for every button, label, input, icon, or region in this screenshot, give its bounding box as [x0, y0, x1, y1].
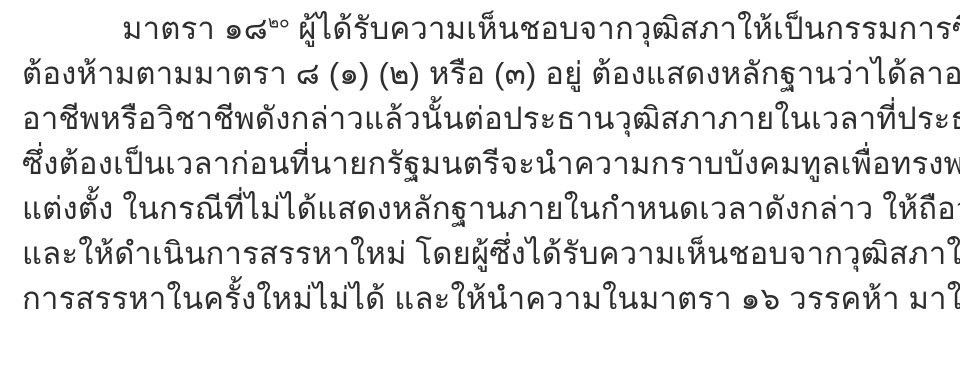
section-heading-text: มาตรา ๑๘ [122, 11, 268, 46]
first-line-body-text: ผู้ได้รับความเห็นชอบจากวุฒิสภาให้เป็นกรร… [289, 11, 960, 46]
text-line-7: การสรรหาในครั้งใหม่ไม่ได้ และให้นำความใน… [22, 276, 942, 321]
text-line-6: และให้ดำเนินการสรรหาใหม่ โดยผู้ซึ่งได้รั… [22, 231, 942, 276]
text-line-5: แต่งตั้ง ในกรณีที่ไม่ได้แสดงหลักฐานภายใน… [22, 186, 942, 231]
text-line-4: ซึ่งต้องเป็นเวลาก่อนที่นายกรัฐมนตรีจะนำค… [22, 141, 942, 186]
text-line-1: มาตรา ๑๘๒๐ ผู้ได้รับความเห็นชอบจากวุฒิสภ… [22, 6, 942, 51]
text-line-3: อาชีพหรือวิชาชีพดังกล่าวแล้วนั้นต่อประธา… [22, 96, 942, 141]
footnote-reference-superscript: ๒๐ [268, 13, 290, 32]
document-page: มาตรา ๑๘๒๐ ผู้ได้รับความเห็นชอบจากวุฒิสภ… [0, 0, 960, 369]
text-line-2: ต้องห้ามตามมาตรา ๘ (๑) (๒) หรือ (๓) อยู่… [22, 51, 942, 96]
statute-paragraph: มาตรา ๑๘๒๐ ผู้ได้รับความเห็นชอบจากวุฒิสภ… [22, 6, 942, 321]
